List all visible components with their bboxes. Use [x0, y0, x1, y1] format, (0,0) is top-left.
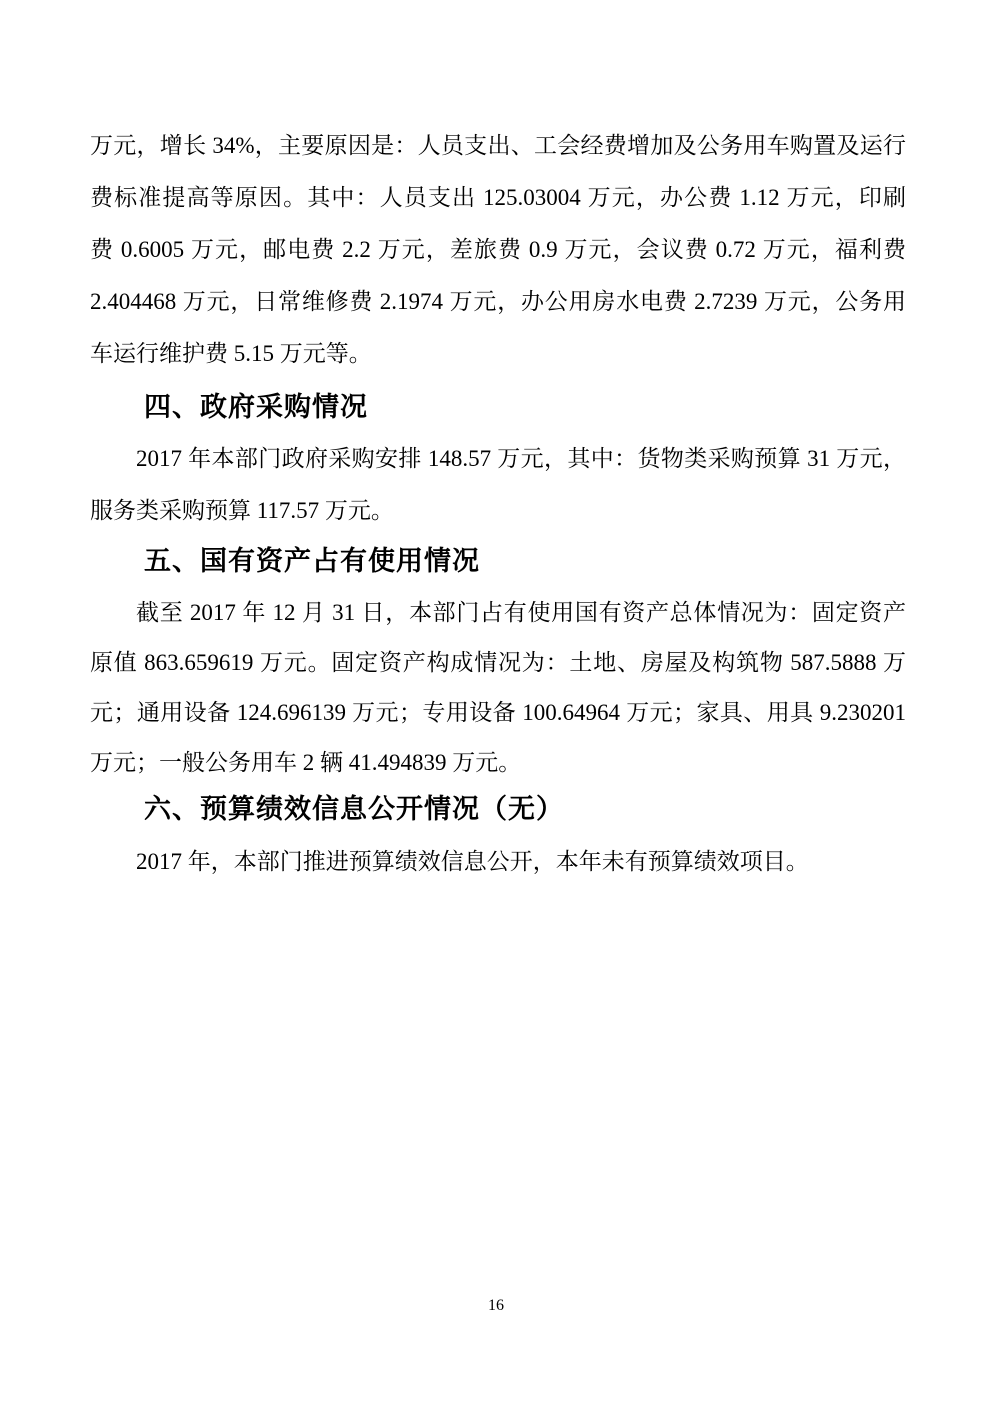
body-line: 原值 863.659619 万元。固定资产构成情况为：土地、房屋及构筑物 587… — [90, 638, 906, 688]
document-page: 万元，增长 34%，主要原因是：人员支出、工会经费增加及公务用车购置及运行 费标… — [0, 0, 992, 1403]
paragraph-procurement: 2017 年本部门政府采购安排 148.57 万元，其中：货物类采购预算 31 … — [90, 433, 906, 537]
section-heading-performance: 六、预算绩效信息公开情况（无） — [90, 794, 906, 825]
paragraph-expense-breakdown: 万元，增长 34%，主要原因是：人员支出、工会经费增加及公务用车购置及运行 费标… — [90, 120, 906, 380]
body-line: 2017 年本部门政府采购安排 148.57 万元，其中：货物类采购预算 31 … — [90, 433, 906, 485]
body-line: 费标准提高等原因。其中：人员支出 125.03004 万元，办公费 1.12 万… — [90, 172, 906, 224]
body-line: 截至 2017 年 12 月 31 日，本部门占有使用国有资产总体情况为：固定资… — [90, 588, 906, 638]
body-line: 万元；一般公务用车 2 辆 41.494839 万元。 — [90, 738, 906, 788]
body-line: 费 0.6005 万元，邮电费 2.2 万元，差旅费 0.9 万元，会议费 0.… — [90, 224, 906, 276]
section-heading-assets: 五、国有资产占有使用情况 — [90, 546, 906, 577]
body-line: 服务类采购预算 117.57 万元。 — [90, 485, 906, 537]
paragraph-performance: 2017 年，本部门推进预算绩效信息公开，本年未有预算绩效项目。 — [90, 836, 906, 888]
section-heading-procurement: 四、政府采购情况 — [90, 392, 906, 423]
body-line: 2017 年，本部门推进预算绩效信息公开，本年未有预算绩效项目。 — [90, 836, 906, 888]
body-line: 车运行维护费 5.15 万元等。 — [90, 328, 906, 380]
body-line: 2.404468 万元，日常维修费 2.1974 万元，办公用房水电费 2.72… — [90, 276, 906, 328]
body-line: 万元，增长 34%，主要原因是：人员支出、工会经费增加及公务用车购置及运行 — [90, 120, 906, 172]
paragraph-assets: 截至 2017 年 12 月 31 日，本部门占有使用国有资产总体情况为：固定资… — [90, 588, 906, 788]
body-line: 元；通用设备 124.696139 万元；专用设备 100.64964 万元；家… — [90, 688, 906, 738]
page-number: 16 — [0, 1296, 992, 1316]
